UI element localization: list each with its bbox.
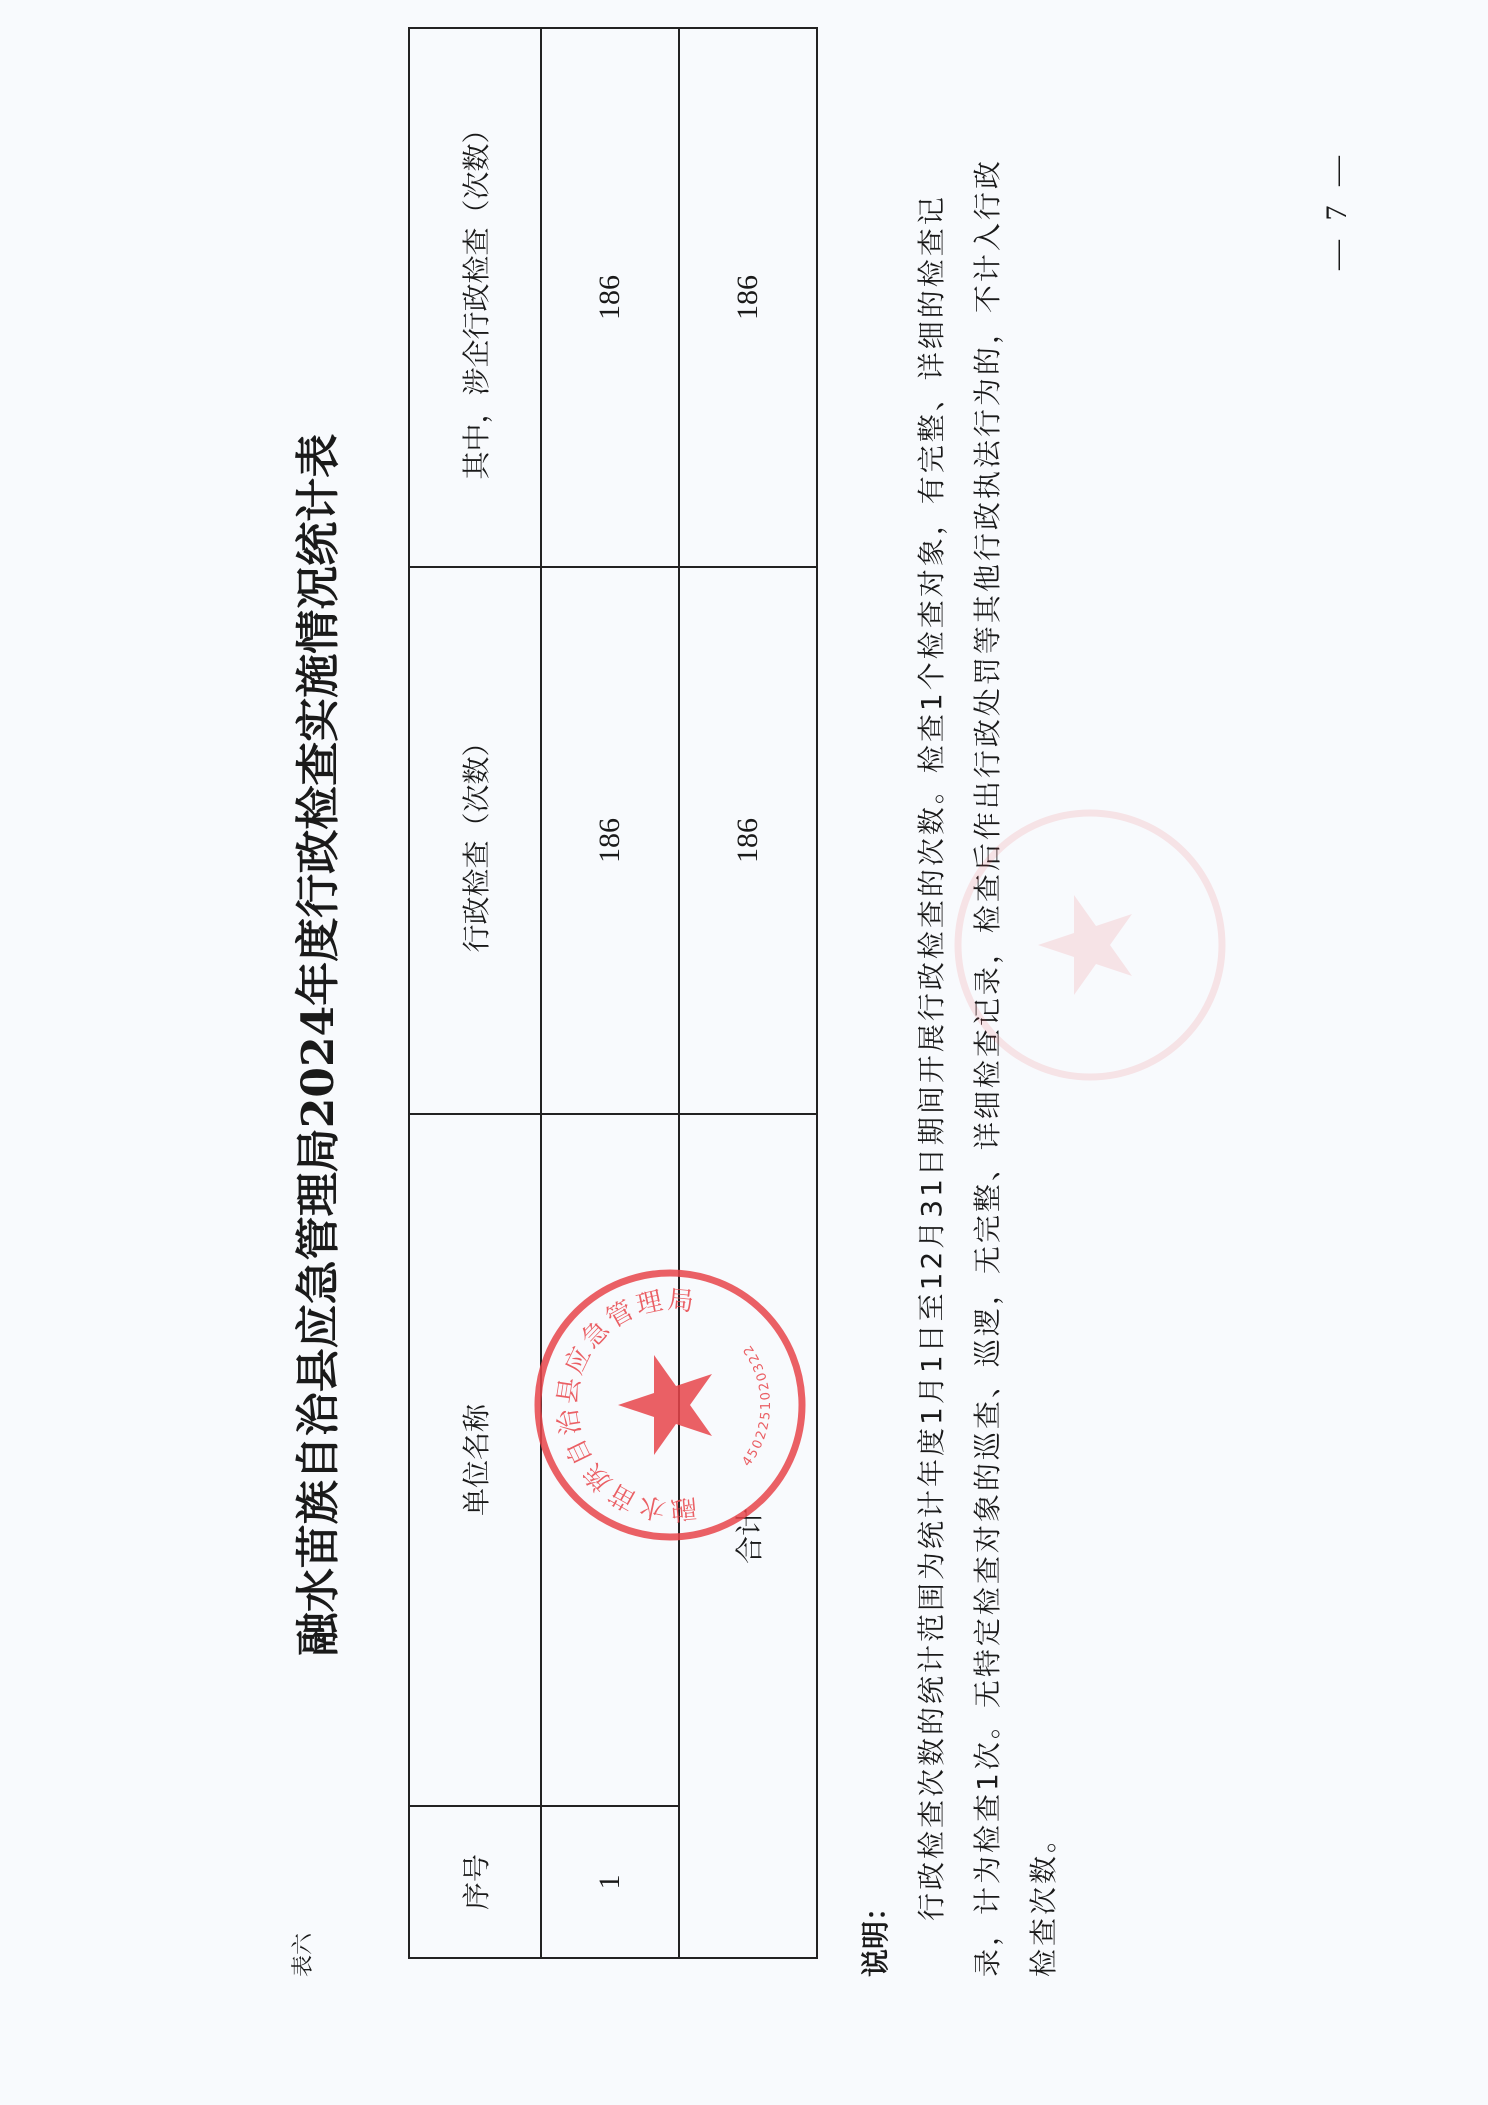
header-seq: 序号 xyxy=(409,1806,541,1958)
document-page: 表六 融水苗族自治县应急管理局2024年度行政检查实施情况统计表 序号 单位名称… xyxy=(0,0,1488,2105)
cell-admin-inspections: 186 xyxy=(541,567,679,1114)
page-number: — 7 — xyxy=(1320,150,1354,270)
cell-total-admin-inspections: 186 xyxy=(679,567,817,1114)
statistics-table: 序号 单位名称 行政检查（次数） 其中，涉企行政检查（次数） 1 186 186… xyxy=(408,27,818,1959)
table-header-row: 序号 单位名称 行政检查（次数） 其中，涉企行政检查（次数） xyxy=(409,28,541,1958)
document-title: 融水苗族自治县应急管理局2024年度行政检查实施情况统计表 xyxy=(282,135,346,1955)
cell-total-enterprise-inspections: 186 xyxy=(679,28,817,567)
cell-seq: 1 xyxy=(541,1806,679,1958)
bleed-through-seal-icon xyxy=(950,805,1230,1085)
table-row: 1 186 186 xyxy=(541,28,679,1958)
notes-heading: 说明： xyxy=(848,147,904,1977)
seal-star-icon xyxy=(618,1355,712,1455)
official-seal-icon: 融水苗族自治县应急管理局 4502251020322 xyxy=(530,1265,810,1545)
table-total-row: 合计 186 186 xyxy=(679,28,817,1958)
svg-text:4502251020322: 4502251020322 xyxy=(740,1341,774,1470)
header-enterprise-inspections: 其中，涉企行政检查（次数） xyxy=(409,28,541,567)
cell-enterprise-inspections: 186 xyxy=(541,28,679,567)
header-unit-name: 单位名称 xyxy=(409,1114,541,1806)
header-admin-inspections: 行政检查（次数） xyxy=(409,567,541,1114)
